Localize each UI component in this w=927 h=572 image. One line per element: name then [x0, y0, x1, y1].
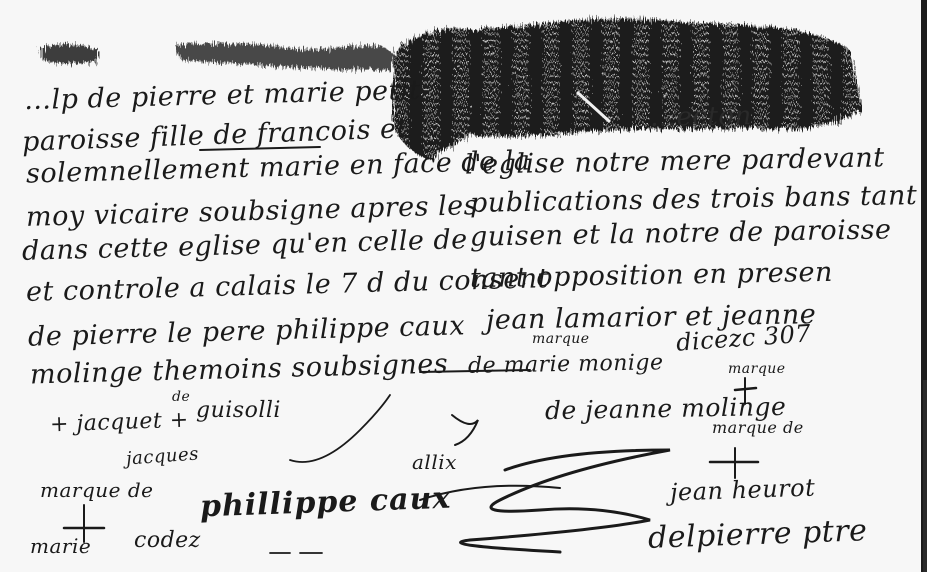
line-2-right: …ecton: [650, 103, 752, 131]
signature-philippe-caux: phillippe caux: [200, 484, 452, 523]
mark-marie-codez: codez: [134, 530, 201, 552]
marque-de-philippe-label: marque de: [40, 480, 153, 500]
signature-guisolli: guisolli: [196, 400, 281, 422]
marque-annotation: marque: [532, 332, 590, 346]
line-8-right: de marie monige: [468, 352, 664, 377]
numeric-scribble: dicezc 307: [675, 321, 812, 354]
marque-annotation-right: marque: [728, 362, 786, 376]
marque-de-label: marque de: [712, 420, 804, 436]
signature-allix: allix: [412, 452, 457, 472]
signature-jean-heurot: jean heurot: [670, 475, 816, 504]
signature-marie: marie: [30, 536, 91, 556]
line-3-right: l'eglise notre mere pardevant: [465, 144, 885, 178]
signature-delpierre-ptre: delpierre ptre: [648, 516, 868, 554]
line-8-left: molinge themoins soubsignes: [30, 351, 449, 389]
mark-jacquet: + jacquet +: [50, 410, 189, 437]
line-6-right: tant opposition en presen: [470, 259, 833, 292]
line-5-left: dans cette eglise qu'en celle de: [22, 226, 468, 265]
de-annotation: de: [172, 390, 190, 404]
line-4-right: publications des trois bans tant: [470, 182, 918, 217]
jacques-annotation: jacques: [125, 445, 199, 468]
line-7-left: de pierre le pere philippe caux: [28, 312, 466, 350]
line-5-right: guisen et la notre de paroisse: [470, 216, 892, 250]
page-edge-border-lower: [923, 380, 927, 572]
parish-register-page: …lp de pierre et marie petit paroisse fi…: [0, 0, 927, 572]
line-1-left: …lp de pierre et marie petit: [24, 77, 421, 114]
